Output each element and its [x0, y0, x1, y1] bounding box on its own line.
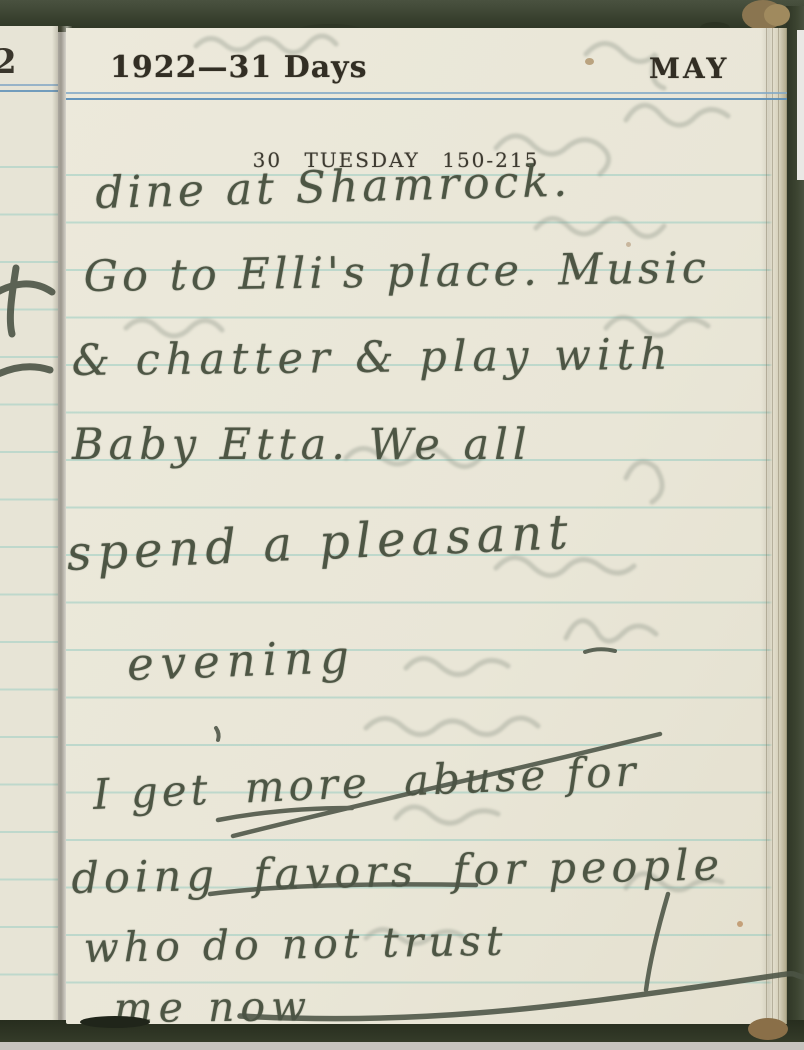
entry-text: abuse for: [403, 746, 641, 805]
entry-text: I get: [92, 765, 213, 819]
diary-page: 1922—31 Days MAY 30 TUESDAY 150-215 dine…: [66, 28, 787, 1024]
scanner-background-sliver: [797, 30, 804, 180]
cover-fray-patch: [764, 4, 790, 26]
header-rule-line: [66, 92, 787, 102]
entry-text: doing: [71, 851, 219, 904]
month-label: MAY: [649, 52, 729, 85]
handwritten-line: & chatter & play with: [71, 330, 673, 386]
paper-stain: [585, 58, 594, 65]
ruled-lines: [0, 166, 58, 1010]
handwritten-line: Go to Elli's place. Music: [83, 243, 710, 302]
page-title-days: 1922—31 Days: [110, 50, 367, 85]
struck-out-word: favors: [253, 847, 418, 900]
handwritten-line: who do not trust: [83, 917, 508, 972]
handwritten-line: Baby Etta. We all: [72, 420, 532, 470]
struck-out-word: more: [244, 758, 372, 812]
cover-fray-patch: [748, 1018, 788, 1040]
handwritten-line: evening: [126, 630, 357, 691]
header-rule-line: [0, 84, 58, 93]
entry-text: for people: [452, 840, 725, 896]
diary-scan-photo: 2: [0, 0, 804, 1050]
cover-fray-patch: [80, 1016, 150, 1028]
page-edge-stack: [761, 28, 787, 1024]
previous-page-number: 2: [0, 42, 17, 82]
previous-page-edge: 2: [0, 26, 58, 1020]
paper-stain: [626, 242, 631, 247]
paper-stain: [737, 921, 743, 927]
